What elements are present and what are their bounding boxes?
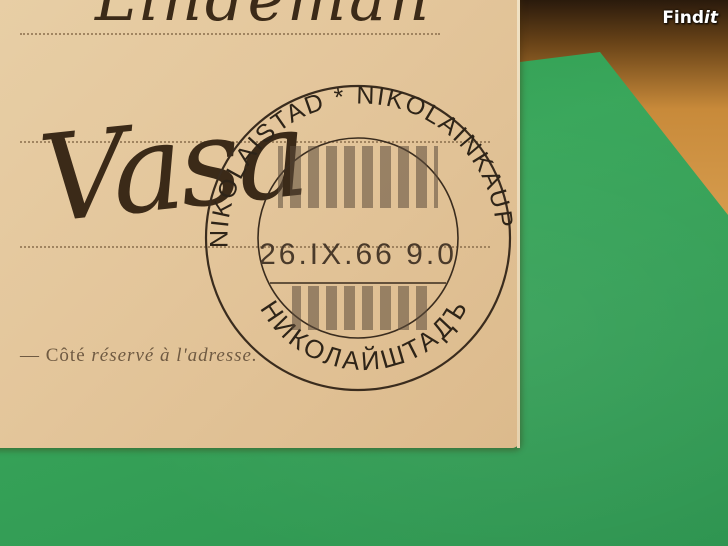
findit-watermark: Findit bbox=[662, 8, 718, 28]
watermark-italic: it bbox=[704, 8, 718, 28]
handwritten-name: Lindeman bbox=[95, 0, 432, 35]
postmark-stamp: NIKOLAISTAD * NIKOLAINKAUPUNKI НИКОЛАЙШТ… bbox=[200, 78, 516, 394]
caption-dash: — bbox=[20, 345, 40, 366]
postmark-bottom-bars bbox=[292, 286, 428, 330]
card-edge bbox=[517, 0, 520, 448]
watermark-main: Find bbox=[662, 8, 704, 28]
postmark-date: 26.IX.66 9.0 bbox=[259, 238, 457, 271]
postmark-top-bars bbox=[278, 146, 438, 208]
caption-part-1: Côté bbox=[46, 345, 86, 366]
photo-scene: Lindeman Vasa — Côté réservé à l'adresse… bbox=[0, 0, 728, 546]
